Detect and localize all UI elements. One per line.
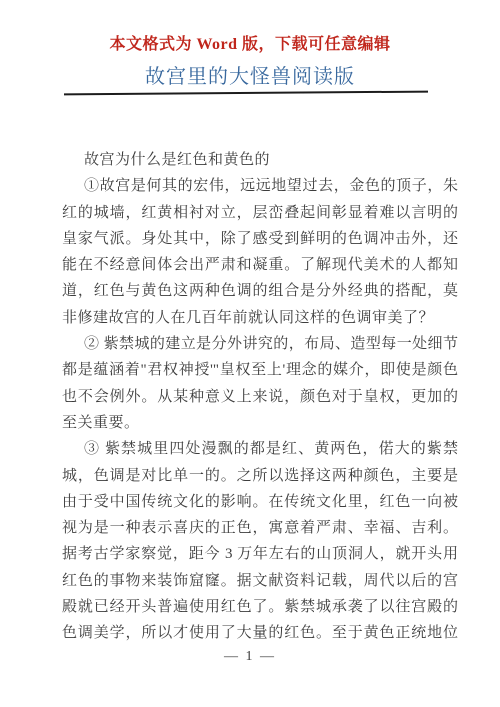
text-line: 城，色调是对比单一的。之所以选择这两种颜色，主要是 xyxy=(62,463,458,489)
text-line: 殿就已经开头普遍使用红色了。紫禁城承袭了以往宫殿的 xyxy=(62,594,458,620)
format-notice: 本文格式为 Word 版，下载可任意编辑 xyxy=(0,31,500,54)
text-line: 都是蕴涵着"君权神授'"皇权至上'理念的媒介，即使是颜色 xyxy=(62,357,458,383)
text-line: 视为是一种表示喜庆的正色，寓意着严肃、幸福、吉利。 xyxy=(62,515,458,541)
text-line: 皇家气派。身处其中，除了感受到鲜明的色调冲击外，还 xyxy=(62,226,458,252)
title-divider xyxy=(64,91,428,96)
text-line: 由于受中国传统文化的影响。在传统文化里，红色一向被 xyxy=(62,489,458,515)
article-body: 故宫为什么是红色和黄色的①故宫是何其的宏伟，远远地望过去，金色的顶子，朱红的城墙… xyxy=(62,147,458,647)
document-page: 本文格式为 Word 版，下载可任意编辑 故宫里的大怪兽阅读版 故宫为什么是红色… xyxy=(0,0,500,707)
text-line: ①故宫是何其的宏伟，远远地望过去，金色的顶子，朱 xyxy=(62,173,458,199)
text-line: 红色的事物来装饰窟窿。据文献资料记载，周代以后的宫 xyxy=(62,568,458,594)
page-number: — 1 — xyxy=(0,649,500,665)
text-line: 也不会例外。从某种意义上来说，颜色对于皇权，更加的 xyxy=(62,384,458,410)
text-line: 红的城墙，红黄相衬对立，层峦叠起间彰显着难以言明的 xyxy=(62,200,458,226)
text-line: 能在不经意间体会出严肃和凝重。了解现代美术的人都知 xyxy=(62,252,458,278)
text-line: 色调美学，所以才使用了大量的红色。至于黄色正统地位 xyxy=(62,620,458,646)
document-title: 故宫里的大怪兽阅读版 xyxy=(0,60,500,89)
text-line: ③ 紫禁城里四处漫飘的都是红、黄两色，偌大的紫禁 xyxy=(62,436,458,462)
text-line: 道，红色与黄色这两种色调的组合是分外经典的搭配，莫 xyxy=(62,278,458,304)
text-line: 非修建故宫的人在几百年前就认同这样的色调审美了？ xyxy=(62,305,458,331)
text-line: ② 紫禁城的建立是分外讲究的，布局、造型每一处细节 xyxy=(62,331,458,357)
text-line: 据考古学家察觉，距今 3 万年左右的山顶洞人，就开头用 xyxy=(62,541,458,567)
text-line: 至关重要。 xyxy=(62,410,458,436)
text-line: 故宫为什么是红色和黄色的 xyxy=(62,147,458,173)
